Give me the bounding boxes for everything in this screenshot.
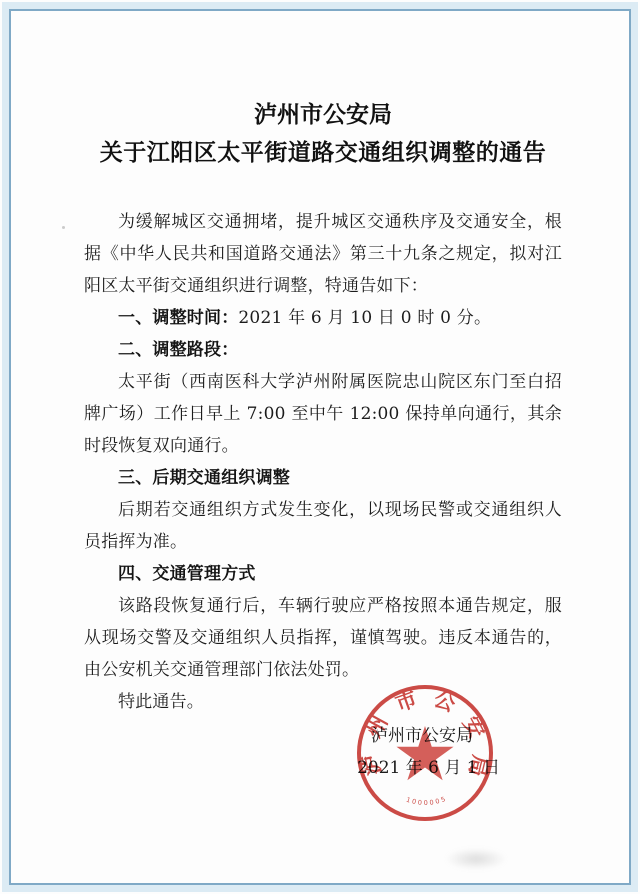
seal-star-icon <box>396 726 453 780</box>
document-content: 泸州市公安局 关于江阳区太平街道路交通组织调整的通告 为缓解城区交通拥堵，提升城… <box>84 0 562 784</box>
section-3-heading: 三、后期交通组织调整 <box>84 462 562 494</box>
section-1-line: 一、调整时间：2021 年 6 月 10 日 0 时 0 分。 <box>84 302 562 334</box>
section-4-paragraph: 该路段恢复通行后，车辆行驶应严格按照本通告规定，服从现场交警及交通组织人员指挥，… <box>84 590 562 686</box>
scanned-notice-page: 泸州市公安局 关于江阳区太平街道路交通组织调整的通告 为缓解城区交通拥堵，提升城… <box>0 0 640 894</box>
seal-serial-number: 1000005 <box>405 794 448 807</box>
doc-title-organization: 泸州市公安局 <box>84 100 562 130</box>
section-2-heading: 二、调整路段： <box>84 334 562 366</box>
official-seal-stamp-icon: 泸州市公安局 1000005 <box>350 678 500 828</box>
section-3-label: 三、后期交通组织调整 <box>118 468 290 488</box>
doc-title-subject: 关于江阳区太平街道路交通组织调整的通告 <box>84 138 562 168</box>
section-4-heading: 四、交通管理方式 <box>84 558 562 590</box>
section-1-label: 一、调整时间： <box>118 308 238 328</box>
ink-speck-artifact <box>62 226 65 229</box>
section-2-paragraph: 太平街（西南医科大学泸州附属医院忠山院区东门至白招牌广场）工作日早上 7:00 … <box>84 366 562 462</box>
scan-smudge-artifact <box>445 848 507 870</box>
doc-body: 为缓解城区交通拥堵，提升城区交通秩序及交通安全，根据《中华人民共和国道路交通法》… <box>84 206 562 718</box>
section-3-paragraph: 后期若交通组织方式发生变化，以现场民警或交通组织人员指挥为准。 <box>84 494 562 558</box>
section-1-text: 2021 年 6 月 10 日 0 时 0 分。 <box>238 308 491 328</box>
section-2-label: 二、调整路段： <box>118 340 238 360</box>
intro-paragraph: 为缓解城区交通拥堵，提升城区交通秩序及交通安全，根据《中华人民共和国道路交通法》… <box>84 206 562 302</box>
section-4-label: 四、交通管理方式 <box>118 564 256 584</box>
